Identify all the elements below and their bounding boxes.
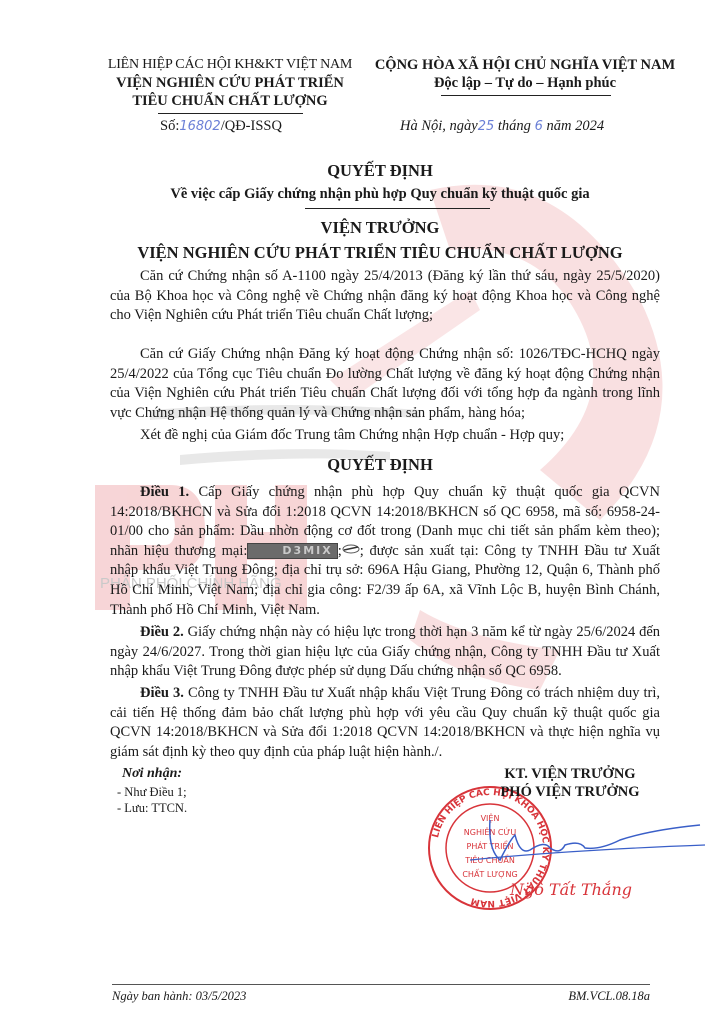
header-right-underline (441, 95, 611, 96)
issuer-title: VIỆN TRƯỞNG (95, 218, 665, 238)
article-label: Điều 2. (140, 624, 184, 640)
handwritten-day: 25 (478, 119, 495, 134)
motto: Độc lập – Tự do – Hạnh phúc (360, 74, 690, 92)
d3mix-brand-logo: D3MIX (247, 543, 337, 559)
certificate-document: PHÂN PHỐI CHÍNH HÃNG LIÊN HIỆP CÁC HỘI K… (0, 0, 724, 1024)
recipient-item: - Như Điều 1; (117, 785, 187, 800)
handwritten-month: 6 (535, 119, 543, 134)
article-1: Điều 1. Cấp Giấy chứng nhận phù hợp Quy … (110, 483, 660, 620)
organization-name-line1: VIỆN NGHIÊN CỨU PHÁT TRIỂN (100, 74, 360, 92)
sport-brand-logo-icon (342, 544, 360, 554)
document-date: Hà Nội, ngày25 tháng 6 năm 2024 (400, 118, 604, 135)
recipients-title: Nơi nhận: (122, 766, 182, 782)
decision-heading: QUYẾT ĐỊNH (95, 455, 665, 475)
signatory-title: KT. VIỆN TRƯỞNG (470, 766, 670, 783)
article-3: Điều 3. Công ty TNHH Đầu tư Xuất nhập kh… (110, 684, 660, 762)
recipient-item: - Lưu: TTCN. (117, 801, 187, 816)
document-title: QUYẾT ĐỊNH (95, 161, 665, 181)
preamble-paragraph: Căn cứ Chứng nhận số A-1100 ngày 25/4/20… (110, 267, 660, 326)
form-code: BM.VCL.08.18a (560, 989, 650, 1004)
preamble-paragraph: Xét đề nghị của Giám đốc Trung tâm Chứng… (110, 426, 660, 446)
article-label: Điều 1. (140, 484, 189, 500)
handwritten-signature (470, 800, 710, 880)
document-number: Số:16802/QĐ-ISSQ (160, 118, 282, 135)
issue-date: Ngày ban hành: 03/5/2023 (112, 989, 246, 1004)
national-motto: CỘNG HÒA XÃ HỘI CHỦ NGHĨA VIỆT NAM Độc l… (360, 56, 690, 92)
handwritten-number: 16802 (179, 119, 220, 134)
issuing-organization: LIÊN HIỆP CÁC HỘI KH&KT VIỆT NAM VIỆN NG… (100, 56, 360, 110)
footer-divider (112, 984, 650, 985)
article-2: Điều 2. Giấy chứng nhận này có hiệu lực … (110, 623, 660, 682)
subject-underline (305, 208, 490, 209)
article-label: Điều 3. (140, 685, 184, 701)
issuer-organization: VIỆN NGHIÊN CỨU PHÁT TRIỂN TIÊU CHUẨN CH… (95, 243, 665, 263)
country-name: CỘNG HÒA XÃ HỘI CHỦ NGHĨA VIỆT NAM (360, 56, 690, 74)
parent-organization: LIÊN HIỆP CÁC HỘI KH&KT VIỆT NAM (100, 56, 360, 74)
document-subject: Về việc cấp Giấy chứng nhận phù hợp Quy … (95, 186, 665, 203)
signatory-position: PHÓ VIỆN TRƯỞNG (470, 784, 670, 801)
preamble-paragraph: Căn cứ Giấy Chứng nhận Đăng ký hoạt động… (110, 345, 660, 423)
signatory-name: Ngô Tất Thắng (510, 880, 632, 899)
header-left-underline (158, 113, 303, 114)
organization-name-line2: TIÊU CHUẨN CHẤT LƯỢNG (100, 92, 360, 110)
